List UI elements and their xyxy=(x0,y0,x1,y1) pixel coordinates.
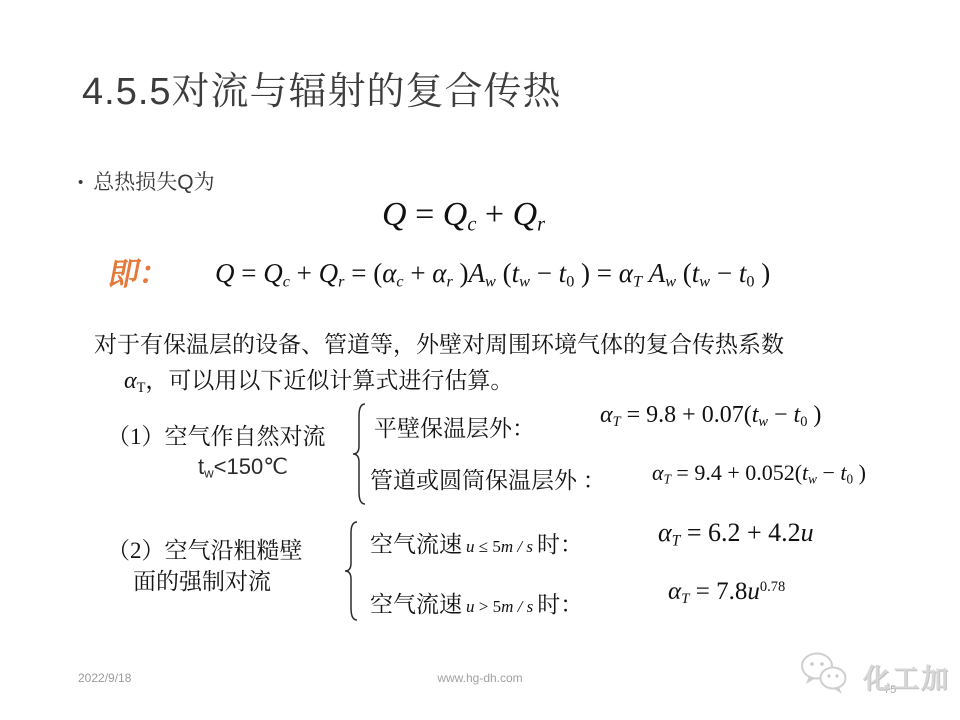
section2-case1-label: 空气流速u ≤ 5m / s时： xyxy=(370,526,583,559)
speed-condition-gt: u > 5m / s xyxy=(466,597,533,616)
section1-brace xyxy=(350,402,370,506)
section1-condition: tw<150℃ xyxy=(198,454,288,481)
section2-label-line1: （2）空气沿粗糙壁 xyxy=(107,532,303,565)
section1-case2-label: 管道或圆筒保温层外 ： xyxy=(370,462,606,495)
chat-bubbles-icon xyxy=(797,650,855,703)
paragraph-line2: αT，可以用以下近似计算式进行估算。 xyxy=(124,362,513,397)
formula-q-total: Q = Qc + Qr xyxy=(382,196,545,237)
section2-case2-label: 空气流速u > 5m / s时： xyxy=(370,586,583,619)
section2-case1-prefix: 空气流速 xyxy=(370,532,462,557)
slide-title: 4.5.5对流与辐射的复合传热 xyxy=(82,60,562,115)
paragraph-line2-text: ，可以用以下近似计算式进行估算。 xyxy=(145,368,513,393)
formula-flat-wall: αT = 9.8 + 0.07(tw − t0 ) xyxy=(600,402,821,431)
logo-text: 化工加 xyxy=(863,657,950,696)
bullet-line: •总热损失Q为 xyxy=(78,166,215,196)
formula-pipe-wall: αT = 9.4 + 0.052(tw − t0 ) xyxy=(652,460,866,488)
ji-annotation: 即： xyxy=(105,246,169,294)
section2-brace xyxy=(342,520,362,622)
speed-condition-le: u ≤ 5m / s xyxy=(466,537,533,556)
section2-case1-suffix: 时： xyxy=(537,532,583,557)
formula-high-speed: αT = 7.8u0.78 xyxy=(668,578,785,608)
alpha-t-symbol: αT xyxy=(124,368,145,394)
slide: 4.5.5对流与辐射的复合传热 •总热损失Q为 Q = Qc + Qr 即： Q… xyxy=(0,0,960,720)
section1-case1-label: 平壁保温层外： xyxy=(374,410,535,443)
section2-label-line2: 面的强制对流 xyxy=(133,563,271,596)
section1-label: （1）空气作自然对流 xyxy=(107,418,326,451)
watermark-logo: 化工加 xyxy=(797,650,950,703)
paragraph-line1: 对于有保温层的设备、管道等，外壁对周围环境气体的复合传热系数 xyxy=(94,326,784,359)
section2-case2-prefix: 空气流速 xyxy=(370,592,462,617)
bullet-icon: • xyxy=(78,174,83,191)
formula-q-expanded: Q = Qc + Qr = (αc + αr )Aw (tw − t0 ) = … xyxy=(215,258,770,292)
bullet-text: 总热损失Q为 xyxy=(93,171,214,194)
formula-low-speed: αT = 6.2 + 4.2u xyxy=(658,518,814,550)
section2-case2-suffix: 时： xyxy=(537,592,583,617)
